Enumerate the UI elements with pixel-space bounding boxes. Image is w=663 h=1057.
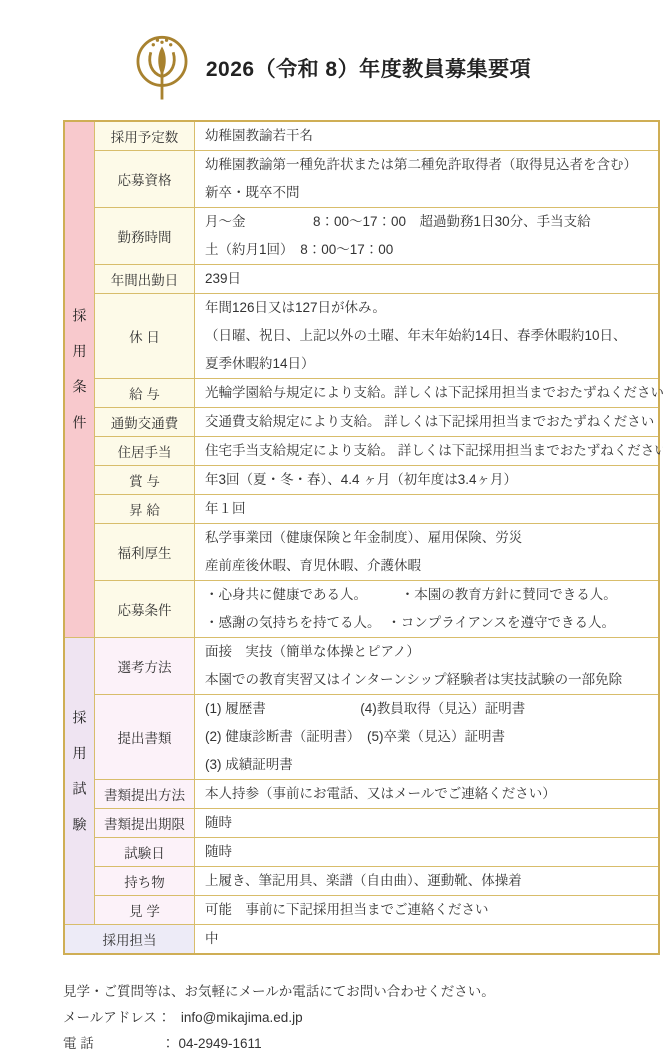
section1-side-label: 採用条件 [70, 308, 90, 451]
value-line: 上履き、筆記用具、楽譜（自由曲）、運動靴、体操着 [205, 867, 648, 895]
table-row: 勤務時間 月～金 8：00～17：00 超過勤務1日30分、手当支給 土（約月1… [64, 208, 659, 265]
value-line: (2) 健康診断書（証明書） (5)卒業（見込）証明書 [205, 723, 648, 751]
row-label: 見 学 [95, 896, 195, 925]
row-value: 交通費支給規定により支給。 詳しくは下記採用担当までおたずねください [195, 408, 660, 437]
table-row: 昇 給 年１回 [64, 495, 659, 524]
row-value: 年１回 [195, 495, 660, 524]
row-value: 239日 [195, 265, 660, 294]
value-line: 土（約月1回） 8：00～17：00 [205, 236, 648, 264]
value-line: 産前産後休暇、育児休暇、介護休暇 [205, 552, 648, 580]
row-value: 年間126日又は127日が休み。 （日曜、祝日、上記以外の土曜、年末年始約14日… [195, 294, 660, 379]
row-label: 昇 給 [95, 495, 195, 524]
table-row: 見 学 可能 事前に下記採用担当までご連絡ください [64, 896, 659, 925]
footer-inquiry-note: 見学・ご質問等は、お気軽にメールか電話にてお問い合わせください。 [63, 979, 663, 1005]
table-row: 通勤交通費 交通費支給規定により支給。 詳しくは下記採用担当までおたずねください [64, 408, 659, 437]
value-line: 月～金 8：00～17：00 超過勤務1日30分、手当支給 [205, 208, 648, 236]
value-line: 可能 事前に下記採用担当までご連絡ください [205, 896, 648, 924]
table-row: 福利厚生 私学事業団（健康保険と年金制度）、雇用保険、労災 産前産後休暇、育児休… [64, 524, 659, 581]
value-line: 面接 実技（簡単な体操とピアノ） [205, 638, 648, 666]
value-line: 住宅手当支給規定により支給。 詳しくは下記採用担当までおたずねください [205, 437, 648, 465]
school-logo-icon [132, 34, 192, 102]
row-label: 応募資格 [95, 151, 195, 208]
section2-side-label: 採用試験 [70, 710, 90, 853]
table-row: 書類提出方法 本人持参（事前にお電話、又はメールでご連絡ください） [64, 780, 659, 809]
row-label: 持ち物 [95, 867, 195, 896]
row-label: 福利厚生 [95, 524, 195, 581]
row-value: 幼稚園教諭若干名 [195, 121, 660, 151]
row-label: 書類提出期限 [95, 809, 195, 838]
row-value: 私学事業団（健康保険と年金制度）、雇用保険、労災 産前産後休暇、育児休暇、介護休… [195, 524, 660, 581]
footer-email: メールアドレス ： info@mikajima.ed.jp [63, 1005, 663, 1031]
recruiting-contact-value: 中 [195, 925, 660, 955]
row-label: 賞 与 [95, 466, 195, 495]
row-label: 試験日 [95, 838, 195, 867]
value-line: 本人持参（事前にお電話、又はメールでご連絡ください） [205, 780, 648, 808]
value-line: 中 [205, 925, 648, 953]
value-line: 年間126日又は127日が休み。 [205, 294, 648, 322]
table-row: 応募資格 幼稚園教諭第一種免許状または第二種免許取得者（取得見込者を含む） 新卒… [64, 151, 659, 208]
value-line: (3) 成績証明書 [205, 751, 648, 779]
row-label: 選考方法 [95, 638, 195, 695]
row-value: 幼稚園教諭第一種免許状または第二種免許取得者（取得見込者を含む） 新卒・既卒不問 [195, 151, 660, 208]
table-row: 休 日 年間126日又は127日が休み。 （日曜、祝日、上記以外の土曜、年末年始… [64, 294, 659, 379]
table-row: 採用条件 採用予定数 幼稚園教諭若干名 [64, 121, 659, 151]
row-label: 休 日 [95, 294, 195, 379]
footer-phone: 電 話 ： 04-2949-1611 [63, 1031, 663, 1057]
table-row: 給 与 光輪学園給与規定により支給。詳しくは下記採用担当までおたずねください [64, 379, 659, 408]
header: 2026（令和 8）年度教員募集要項 [0, 0, 663, 102]
row-label: 提出書類 [95, 695, 195, 780]
row-value: 可能 事前に下記採用担当までご連絡ください [195, 896, 660, 925]
row-label: 応募条件 [95, 581, 195, 638]
value-line: 幼稚園教諭若干名 [205, 122, 648, 150]
table-row: 提出書類 (1) 履歴書 (4)教員取得（見込）証明書 (2) 健康診断書（証明… [64, 695, 659, 780]
table-row: 書類提出期限 随時 [64, 809, 659, 838]
value-line: 夏季休暇約14日） [205, 350, 648, 378]
row-value: 随時 [195, 838, 660, 867]
footer: 見学・ご質問等は、お気軽にメールか電話にてお問い合わせください。 メールアドレス… [63, 979, 663, 1057]
value-line: 交通費支給規定により支給。 詳しくは下記採用担当までおたずねください [205, 408, 648, 436]
value-line: 私学事業団（健康保険と年金制度）、雇用保険、労災 [205, 524, 648, 552]
row-value: 随時 [195, 809, 660, 838]
row-value: 本人持参（事前にお電話、又はメールでご連絡ください） [195, 780, 660, 809]
table-row: 賞 与 年3回（夏・冬・春）、4.4 ヶ月（初年度は3.4ヶ月） [64, 466, 659, 495]
row-label: 書類提出方法 [95, 780, 195, 809]
value-line: 239日 [205, 265, 648, 293]
row-value: 住宅手当支給規定により支給。 詳しくは下記採用担当までおたずねください [195, 437, 660, 466]
value-line: 幼稚園教諭第一種免許状または第二種免許取得者（取得見込者を含む） [205, 151, 648, 179]
value-line: 随時 [205, 809, 648, 837]
section1-side-header: 採用条件 [64, 121, 95, 638]
row-value: 面接 実技（簡単な体操とピアノ） 本園での教育実習又はインターンシップ経験者は実… [195, 638, 660, 695]
recruiting-contact-label: 採用担当 [64, 925, 195, 955]
row-value: 月～金 8：00～17：00 超過勤務1日30分、手当支給 土（約月1回） 8：… [195, 208, 660, 265]
row-value: 上履き、筆記用具、楽譜（自由曲）、運動靴、体操着 [195, 867, 660, 896]
table-row: 持ち物 上履き、筆記用具、楽譜（自由曲）、運動靴、体操着 [64, 867, 659, 896]
table-row: 応募条件 ・心身共に健康である人。 ・本園の教育方針に賛同できる人。 ・感謝の気… [64, 581, 659, 638]
value-line: ・感謝の気持ちを持てる人。 ・コンプライアンスを遵守できる人。 [205, 609, 648, 637]
value-line: (1) 履歴書 (4)教員取得（見込）証明書 [205, 695, 648, 723]
value-line: 随時 [205, 838, 648, 866]
recruitment-table: 採用条件 採用予定数 幼稚園教諭若干名 応募資格 幼稚園教諭第一種免許状または第… [63, 120, 660, 955]
value-line: 新卒・既卒不問 [205, 179, 648, 207]
value-line: （日曜、祝日、上記以外の土曜、年末年始約14日、春季休暇約10日、 [205, 322, 648, 350]
row-label: 勤務時間 [95, 208, 195, 265]
table-row: 採用試験 選考方法 面接 実技（簡単な体操とピアノ） 本園での教育実習又はインタ… [64, 638, 659, 695]
value-line: 光輪学園給与規定により支給。詳しくは下記採用担当までおたずねください [205, 379, 648, 407]
row-value: 年3回（夏・冬・春）、4.4 ヶ月（初年度は3.4ヶ月） [195, 466, 660, 495]
table-row: 採用担当 中 [64, 925, 659, 955]
row-label: 年間出勤日 [95, 265, 195, 294]
value-line: 年１回 [205, 495, 648, 523]
row-label: 通勤交通費 [95, 408, 195, 437]
page-title: 2026（令和 8）年度教員募集要項 [206, 53, 531, 83]
row-label: 採用予定数 [95, 121, 195, 151]
table-row: 住居手当 住宅手当支給規定により支給。 詳しくは下記採用担当までおたずねください [64, 437, 659, 466]
table-row: 年間出勤日 239日 [64, 265, 659, 294]
row-label: 住居手当 [95, 437, 195, 466]
table-row: 試験日 随時 [64, 838, 659, 867]
value-line: ・心身共に健康である人。 ・本園の教育方針に賛同できる人。 [205, 581, 648, 609]
row-value: ・心身共に健康である人。 ・本園の教育方針に賛同できる人。 ・感謝の気持ちを持て… [195, 581, 660, 638]
row-label: 給 与 [95, 379, 195, 408]
value-line: 本園での教育実習又はインターンシップ経験者は実技試験の一部免除 [205, 666, 648, 694]
row-value: 光輪学園給与規定により支給。詳しくは下記採用担当までおたずねください [195, 379, 660, 408]
value-line: 年3回（夏・冬・春）、4.4 ヶ月（初年度は3.4ヶ月） [205, 466, 648, 494]
section2-side-header: 採用試験 [64, 638, 95, 925]
row-value: (1) 履歴書 (4)教員取得（見込）証明書 (2) 健康診断書（証明書） (5… [195, 695, 660, 780]
